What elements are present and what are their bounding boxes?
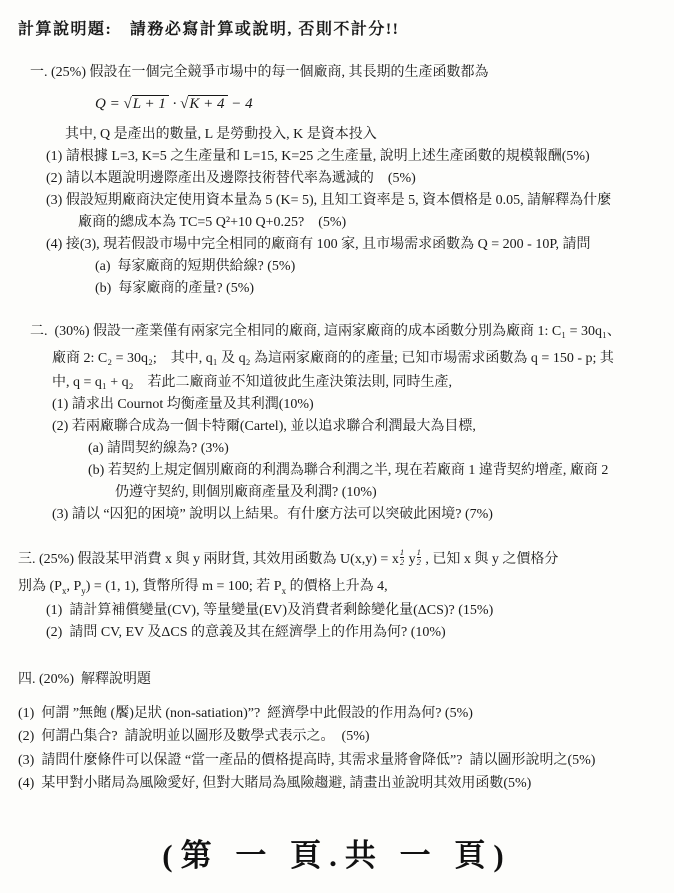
q3-intro-line-2: 別為 (Px, Py) = (1, 1), 貨幣所得 m = 100; 若 Px… — [0, 573, 674, 600]
q2-intro-line-1: 二. (30%) 假設一產業僅有兩家完全相同的廠商, 這兩家廠商的成本函數分別為… — [0, 318, 674, 345]
q1-item-4b: (b) 每家廠商的產量? (5%) — [0, 278, 674, 300]
question-1: 一. (25%) 假設在一個完全競爭市場中的每一個廠商, 其長期的生產函數都為 … — [0, 62, 674, 300]
exam-instructions-title: 計算說明題: 請務必寫計算或說明, 否則不計分!! — [0, 0, 674, 42]
question-4: 四. (20%) 解釋說明題 (1) 何謂 ”無飽 (饜)足狀 (non-sat… — [0, 668, 674, 796]
q3-item-2: (2) 請問 CV, EV 及ΔCS 的意義及其在經濟學上的作用為何? (10%… — [0, 622, 674, 644]
q1-item-4: (4) 接(3), 現若假設市場中完全相同的廠商有 100 家, 且市場需求函數… — [0, 234, 674, 256]
q1-item-2: (2) 請以本題說明邊際產出及邊際技術替代率為遞減的 (5%) — [0, 168, 674, 190]
q4-item-2: (2) 何謂凸集合? 請說明並以圖形及數學式表示之。 (5%) — [0, 725, 674, 749]
q2-item-1: (1) 請求出 Cournot 均衡產量及其利潤(10%) — [0, 394, 674, 416]
q1-item-1: (1) 請根據 L=3, K=5 之生產量和 L=15, K=25 之生產量, … — [0, 146, 674, 168]
q4-item-4: (4) 某甲對小賭局為風險愛好, 但對大賭局為風險趨避, 請畫出並說明其效用函數… — [0, 772, 674, 796]
q4-heading: 四. (20%) 解釋說明題 — [0, 668, 674, 692]
q4-item-1: (1) 何謂 ”無飽 (饜)足狀 (non-satiation)”? 經濟學中此… — [0, 702, 674, 726]
question-2: 二. (30%) 假設一產業僅有兩家完全相同的廠商, 這兩家廠商的成本函數分別為… — [0, 318, 674, 526]
q2-item-2b: (b) 若契約上規定個別廠商的利潤為聯合利潤之半, 現在若廠商 1 違背契約增產… — [0, 460, 674, 482]
q3-intro-line-1: 三. (25%) 假設某甲消費 x 與 y 兩財貨, 其效用函數為 U(x,y)… — [0, 546, 674, 573]
q3-item-1: (1) 請計算補償變量(CV), 等量變量(EV)及消費者剩餘變化量(ΔCS)?… — [0, 600, 674, 622]
q1-production-function-formula: Q = √L + 1 · √K + 4 − 4 — [0, 90, 674, 118]
q1-variable-definitions: 其中, Q 是產出的數量, L 是勞動投入, K 是資本投入 — [0, 124, 674, 146]
q2-item-2: (2) 若兩廠聯合成為一個卡特爾(Cartel), 並以追求聯合利潤最大為目標, — [0, 416, 674, 438]
q2-intro-line-3: 中, q = q₁ + q₂ 若此二廠商並不知道彼此生產決策法則, 同時生產, — [0, 372, 674, 394]
q1-item-3: (3) 假設短期廠商決定使用資本量為 5 (K= 5), 且知工資率是 5, 資… — [0, 190, 674, 212]
page-number-footer: (第 一 頁.共 一 頁) — [0, 830, 674, 875]
q2-item-2a: (a) 請問契約線為? (3%) — [0, 438, 674, 460]
q2-item-2b-continued: 仍遵守契約, 則個別廠商產量及利潤? (10%) — [0, 482, 674, 504]
question-3: 三. (25%) 假設某甲消費 x 與 y 兩財貨, 其效用函數為 U(x,y)… — [0, 546, 674, 644]
q1-intro: 一. (25%) 假設在一個完全競爭市場中的每一個廠商, 其長期的生產函數都為 — [0, 62, 674, 84]
q1-item-4a: (a) 每家廠商的短期供給線? (5%) — [0, 256, 674, 278]
q1-item-3-continued: 廠商的總成本為 TC=5 Q²+10 Q+0.25? (5%) — [0, 212, 674, 234]
q4-item-3: (3) 請問什麼條件可以保證 “當一產品的價格提高時, 其需求量將會降低”? 請… — [0, 749, 674, 773]
exam-page: 計算說明題: 請務必寫計算或說明, 否則不計分!! 一. (25%) 假設在一個… — [0, 0, 674, 893]
q2-item-3: (3) 請以 “囚犯的困境” 說明以上結果。有什麼方法可以突破此困境? (7%) — [0, 504, 674, 526]
q2-intro-line-2: 廠商 2: C₂ = 30q₂; 其中, q₁ 及 q₂ 為這兩家廠商的的產量;… — [0, 345, 674, 372]
